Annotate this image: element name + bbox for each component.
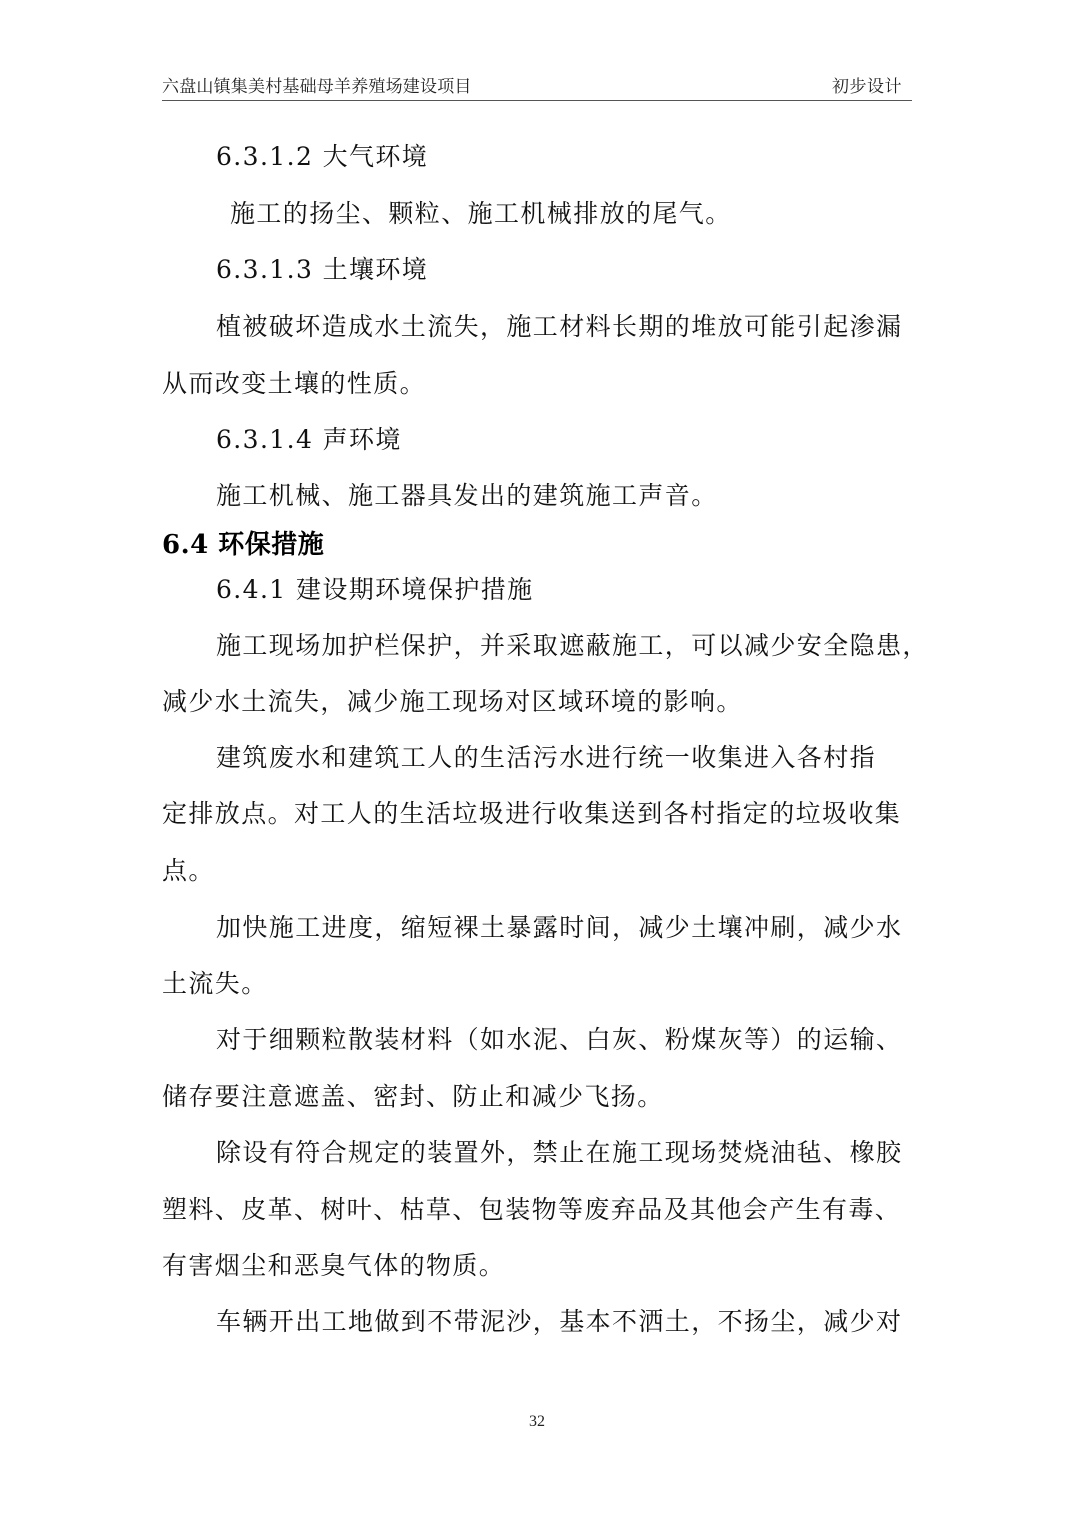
paragraph-line: 除设有符合规定的装置外，禁止在施工现场焚烧油毡、橡胶 bbox=[216, 1137, 968, 1169]
page-header: 六盘山镇集美村基础母羊养殖场建设项目 初步设计 bbox=[162, 76, 912, 101]
paragraph-line: 施工现场加护栏保护，并采取遮蔽施工，可以减少安全隐患， bbox=[216, 630, 968, 662]
paragraph-line: 施工机械、施工器具发出的建筑施工声音。 bbox=[216, 480, 968, 512]
header-project-title: 六盘山镇集美村基础母羊养殖场建设项目 bbox=[162, 76, 472, 98]
paragraph-line: 对于细颗粒散装材料（如水泥、白灰、粉煤灰等）的运输、 bbox=[216, 1024, 968, 1056]
subsection-heading-6-3-1-2: 6.3.1.2 大气环境 bbox=[216, 141, 968, 173]
document-page: 六盘山镇集美村基础母羊养殖场建设项目 初步设计 6.3.1.2 大气环境 施工的… bbox=[0, 0, 1074, 1520]
section-heading-6-4: 6.4 环保措施 bbox=[162, 528, 324, 562]
paragraph-line: 建筑废水和建筑工人的生活污水进行统一收集进入各村指 bbox=[216, 742, 968, 774]
header-design-stage: 初步设计 bbox=[832, 76, 902, 98]
paragraph-line: 塑料、皮革、树叶、枯草、包装物等废弃品及其他会产生有毒、 bbox=[162, 1194, 914, 1226]
subsection-heading-6-3-1-3: 6.3.1.3 土壤环境 bbox=[216, 254, 968, 286]
paragraph-line: 车辆开出工地做到不带泥沙，基本不洒土，不扬尘，减少对 bbox=[216, 1306, 968, 1338]
subsection-heading-6-3-1-4: 6.3.1.4 声环境 bbox=[216, 424, 968, 456]
paragraph-line: 减少水土流失，减少施工现场对区域环境的影响。 bbox=[162, 686, 914, 718]
subsection-heading-6-4-1: 6.4.1 建设期环境保护措施 bbox=[216, 574, 968, 606]
paragraph-line: 点。 bbox=[162, 855, 914, 887]
paragraph-line: 施工的扬尘、颗粒、施工机械排放的尾气。 bbox=[230, 198, 982, 230]
page-number: 32 bbox=[0, 1413, 1074, 1431]
paragraph-line: 植被破坏造成水土流失，施工材料长期的堆放可能引起渗漏 bbox=[216, 311, 968, 343]
paragraph-line: 加快施工进度，缩短裸土暴露时间，减少土壤冲刷，减少水 bbox=[216, 912, 968, 944]
paragraph-line: 储存要注意遮盖、密封、防止和减少飞扬。 bbox=[162, 1081, 914, 1113]
paragraph-line: 土流失。 bbox=[162, 968, 914, 1000]
paragraph-line: 有害烟尘和恶臭气体的物质。 bbox=[162, 1250, 914, 1282]
paragraph-line: 从而改变土壤的性质。 bbox=[162, 368, 914, 400]
paragraph-line: 定排放点。对工人的生活垃圾进行收集送到各村指定的垃圾收集 bbox=[162, 798, 914, 830]
